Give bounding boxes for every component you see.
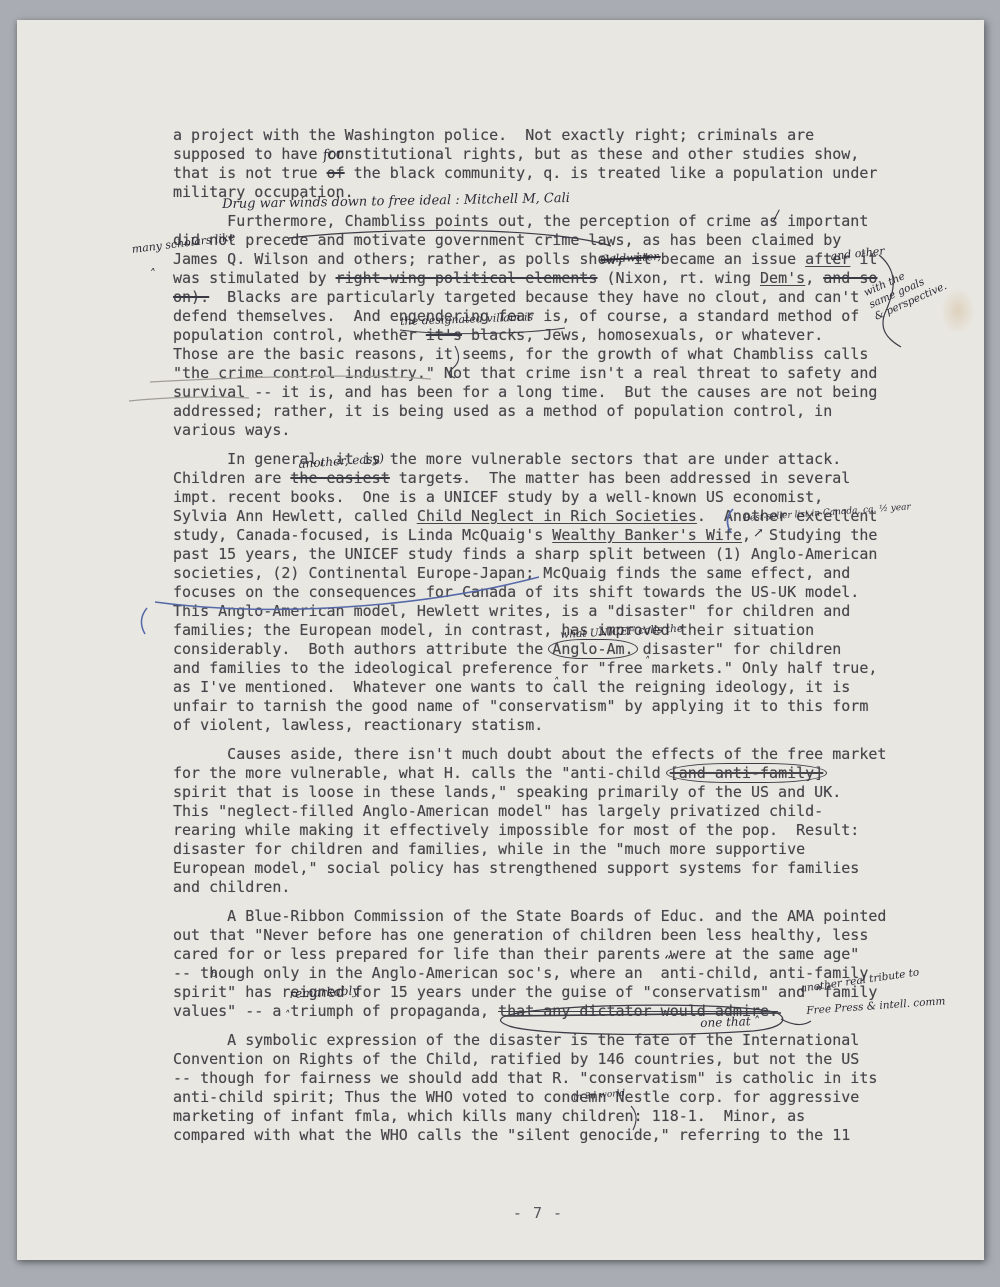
typed-segment: out that "Never before has one generatio… bbox=[173, 926, 868, 944]
document-text: a project with the Washington police. No… bbox=[173, 126, 903, 1145]
typed-segment: of violent, lawless, reactionary statism… bbox=[173, 716, 543, 734]
text-line: compared with what the WHO calls the "si… bbox=[173, 1126, 903, 1145]
text-line: This "neglect-filled Anglo-American mode… bbox=[173, 802, 903, 821]
text-line: defend themselves. And engendering fear … bbox=[173, 307, 903, 326]
text-line: In general, it is the more vulnerable se… bbox=[173, 450, 903, 469]
text-line: as I've mentioned. Whatever one wants to… bbox=[173, 678, 903, 697]
typed-segment: and families to the ideological preferen… bbox=[173, 659, 877, 677]
typed-segment: right-wing political elements bbox=[336, 269, 598, 287]
text-line: -- though only in the Anglo-American soc… bbox=[173, 964, 903, 983]
text-line: "the crime control industry." Not that c… bbox=[173, 364, 903, 383]
text-line: Convention on Rights of the Child, ratif… bbox=[173, 1050, 903, 1069]
typed-segment: families; the European model, in contras… bbox=[173, 621, 814, 639]
text-line: anti-child spirit; Thus the WHO voted to… bbox=[173, 1088, 903, 1107]
text-line: disaster for children and families, whil… bbox=[173, 840, 903, 859]
handwritten-annotation: b bbox=[211, 970, 217, 981]
text-line: on). Blacks are particularly targeted be… bbox=[173, 288, 903, 307]
text-line: of violent, lawless, reactionary statism… bbox=[173, 716, 903, 735]
typed-segment: blacks, Jews, homosexuals, or whatever. bbox=[462, 326, 823, 344]
text-line: past 15 years, the UNICEF study finds a … bbox=[173, 545, 903, 564]
typed-segment: a project with the Washington police. No… bbox=[173, 126, 814, 144]
text-line: spirit" has reigned for 15 years under t… bbox=[173, 983, 903, 1002]
typed-segment: Dem's bbox=[760, 269, 805, 287]
typed-segment: "the crime control industry." Not that c… bbox=[173, 364, 877, 382]
text-line: various ways. bbox=[173, 421, 903, 440]
text-line: A Blue-Ribbon Commission of the State Bo… bbox=[173, 907, 903, 926]
handwritten-annotation: ↗ bbox=[753, 526, 764, 542]
typed-segment: various ways. bbox=[173, 421, 290, 439]
typed-segment: past 15 years, the UNICEF study finds a … bbox=[173, 545, 877, 563]
text-line: spirit that is loose in these lands," sp… bbox=[173, 783, 903, 802]
typed-segment: unfair to tarnish the good name of "cons… bbox=[173, 697, 868, 715]
typed-segment: -- though for fairness we should add tha… bbox=[173, 1069, 877, 1087]
paragraph: A symbolic expression of the disaster is… bbox=[173, 1031, 903, 1145]
typed-segment: study, Canada-focused, is Linda McQuaig'… bbox=[173, 526, 552, 544]
text-line: cared for or less prepared for life than… bbox=[173, 945, 903, 964]
text-line: rearing while making it effectively impo… bbox=[173, 821, 903, 840]
text-line: addressed; rather, it is being used as a… bbox=[173, 402, 903, 421]
handwritten-annotation: ˄ bbox=[645, 655, 651, 669]
typed-segment: A Blue-Ribbon Commission of the State Bo… bbox=[173, 907, 886, 925]
typed-segment: Children are bbox=[173, 469, 290, 487]
text-line: -- though for fairness we should add tha… bbox=[173, 1069, 903, 1088]
typed-segment: , bbox=[805, 269, 823, 287]
text-line: values" -- a triumph of propaganda, that… bbox=[173, 1002, 903, 1021]
paragraph: Causes aside, there isn't much doubt abo… bbox=[173, 745, 903, 897]
typed-segment: population control, whether bbox=[173, 326, 426, 344]
handwritten-annotation: ˄ bbox=[150, 267, 156, 282]
text-line: focuses on the consequences for Canada o… bbox=[173, 583, 903, 602]
text-line: James Q. Wilson and others; rather, as p… bbox=[173, 250, 903, 269]
typed-segment: s bbox=[453, 469, 462, 487]
typed-segment: European model," social policy has stren… bbox=[173, 859, 859, 877]
text-line: was stimulated by right-wing political e… bbox=[173, 269, 903, 288]
typed-segment: of bbox=[327, 164, 345, 182]
scanned-document-screenshot: { "page": { "number_label": "- 7 -", "ba… bbox=[0, 0, 1000, 1287]
typed-segment: marketing of infant fmla, which kills ma… bbox=[173, 1107, 805, 1125]
text-line: impt. recent books. One is a UNICEF stud… bbox=[173, 488, 903, 507]
typed-segment: survival -- it is, and has been for a lo… bbox=[173, 383, 877, 401]
text-line: Furthermore, Chambliss points out, the p… bbox=[173, 212, 903, 231]
blue-paren-this bbox=[141, 608, 147, 634]
typed-segment: A symbolic expression of the disaster is… bbox=[173, 1031, 859, 1049]
typed-segment: disaster" for children bbox=[634, 640, 842, 658]
typed-segment: . The matter has been addressed in sever… bbox=[462, 469, 850, 487]
typed-segment: societies, (2) Continental Europe-Japan;… bbox=[173, 564, 850, 582]
text-line: survival -- it is, and has been for a lo… bbox=[173, 383, 903, 402]
typed-segment: that is not true bbox=[173, 164, 327, 182]
paragraph: Furthermore, Chambliss points out, the p… bbox=[173, 212, 903, 440]
text-line: considerably. Both authors attribute the… bbox=[173, 640, 903, 659]
text-line: supposed to have constitutional rights, … bbox=[173, 145, 903, 164]
typed-segment: values" -- a triumph of propaganda, bbox=[173, 1002, 498, 1020]
typed-segment: it's bbox=[426, 326, 462, 344]
typed-segment: [and anti-family] bbox=[666, 763, 828, 783]
text-line: did not precede and motivate government … bbox=[173, 231, 903, 250]
text-line: Causes aside, there isn't much doubt abo… bbox=[173, 745, 903, 764]
text-line: a project with the Washington police. No… bbox=[173, 126, 903, 145]
typed-segment: on). bbox=[173, 288, 209, 306]
typed-segment: disaster for children and families, whil… bbox=[173, 840, 805, 858]
text-line: European model," social policy has stren… bbox=[173, 859, 903, 878]
typed-segment: (Nixon, rt. wing bbox=[597, 269, 760, 287]
page-number: - 7 - bbox=[173, 1204, 903, 1222]
text-line: that is not true of the black community,… bbox=[173, 164, 903, 183]
typed-segment: was stimulated by bbox=[173, 269, 336, 287]
typed-segment: anti-child spirit; Thus the WHO voted to… bbox=[173, 1088, 859, 1106]
typed-segment: Furthermore, Chambliss points out, the p… bbox=[173, 212, 868, 230]
paper-stain bbox=[941, 288, 975, 334]
text-line: families; the European model, in contras… bbox=[173, 621, 903, 640]
typed-segment: spirit" has reigned for 15 years under t… bbox=[173, 983, 877, 1001]
text-line: and children. bbox=[173, 878, 903, 897]
typed-segment: Blacks are particularly targeted because… bbox=[209, 288, 859, 306]
text-line: Those are the basic reasons, it seems, f… bbox=[173, 345, 903, 364]
typed-segment: as I've mentioned. Whatever one wants to… bbox=[173, 678, 850, 696]
typed-segment: for the more vulnerable, what H. calls t… bbox=[173, 764, 670, 782]
paragraph: A Blue-Ribbon Commission of the State Bo… bbox=[173, 907, 903, 1021]
handwritten-annotation: “ bbox=[664, 952, 672, 971]
typed-segment: supposed to have constitutional rights, … bbox=[173, 145, 859, 163]
text-line: This Anglo-American model, Hewlett write… bbox=[173, 602, 903, 621]
typed-segment: addressed; rather, it is being used as a… bbox=[173, 402, 832, 420]
text-line: Children are the easiest targets. The ma… bbox=[173, 469, 903, 488]
typed-segment: James Q. Wilson and others; rather, as p… bbox=[173, 250, 805, 268]
typed-segment: -- though only in the Anglo-American soc… bbox=[173, 964, 868, 982]
text-line: out that "Never before has one generatio… bbox=[173, 926, 903, 945]
typed-segment: Convention on Rights of the Child, ratif… bbox=[173, 1050, 859, 1068]
text-line: for the more vulnerable, what H. calls t… bbox=[173, 764, 903, 783]
text-line: population control, whether it's blacks,… bbox=[173, 326, 903, 345]
typed-segment: did not precede and motivate government … bbox=[173, 231, 841, 249]
typed-segment: the black community, q. is treated like … bbox=[345, 164, 878, 182]
typed-segment: considerably. Both authors attribute the bbox=[173, 640, 552, 658]
handwritten-annotation: ˄ bbox=[285, 1009, 291, 1023]
typed-segment: spirit that is loose in these lands," sp… bbox=[173, 783, 841, 801]
text-line: societies, (2) Continental Europe-Japan;… bbox=[173, 564, 903, 583]
text-line: study, Canada-focused, is Linda McQuaig'… bbox=[173, 526, 903, 545]
typed-segment: This Anglo-American model, Hewlett write… bbox=[173, 602, 850, 620]
text-line: unfair to tarnish the good name of "cons… bbox=[173, 697, 903, 716]
handwritten-annotation: ´ bbox=[658, 1078, 665, 1096]
paragraph: In general, it is the more vulnerable se… bbox=[173, 450, 903, 735]
typed-segment: Child Neglect in Rich Societies bbox=[417, 507, 697, 525]
typed-segment: Causes aside, there isn't much doubt abo… bbox=[173, 745, 886, 763]
typed-segment: the easiest bbox=[290, 469, 389, 487]
typed-segment: rearing while making it effectively impo… bbox=[173, 821, 859, 839]
handwritten-annotation: ˄ bbox=[554, 676, 560, 690]
paper-page: a project with the Washington police. No… bbox=[17, 20, 984, 1260]
typed-segment: Sylvia Ann Hewlett, called bbox=[173, 507, 417, 525]
text-line: marketing of infant fmla, which kills ma… bbox=[173, 1107, 903, 1126]
typed-segment: compared with what the WHO calls the "si… bbox=[173, 1126, 850, 1144]
text-line: and families to the ideological preferen… bbox=[173, 659, 903, 678]
text-line: A symbolic expression of the disaster is… bbox=[173, 1031, 903, 1050]
handwritten-annotation: one that ˄ bbox=[700, 1014, 761, 1031]
typed-segment: This "neglect-filled Anglo-American mode… bbox=[173, 802, 823, 820]
typed-segment: and children. bbox=[173, 878, 290, 896]
handwritten-annotation: ∕ bbox=[774, 208, 779, 226]
handwritten-annotation: for bbox=[322, 146, 344, 166]
typed-segment: impt. recent books. One is a UNICEF stud… bbox=[173, 488, 823, 506]
typed-segment: focuses on the consequences for Canada o… bbox=[173, 583, 859, 601]
typed-segment: target bbox=[390, 469, 453, 487]
typed-segment: cared for or less prepared for life than… bbox=[173, 945, 859, 963]
typed-segment: Wealthy Banker's Wife bbox=[552, 526, 742, 544]
typed-segment: In general, it is the more vulnerable se… bbox=[173, 450, 841, 468]
typed-segment: Those are the basic reasons, it seems, f… bbox=[173, 345, 868, 363]
